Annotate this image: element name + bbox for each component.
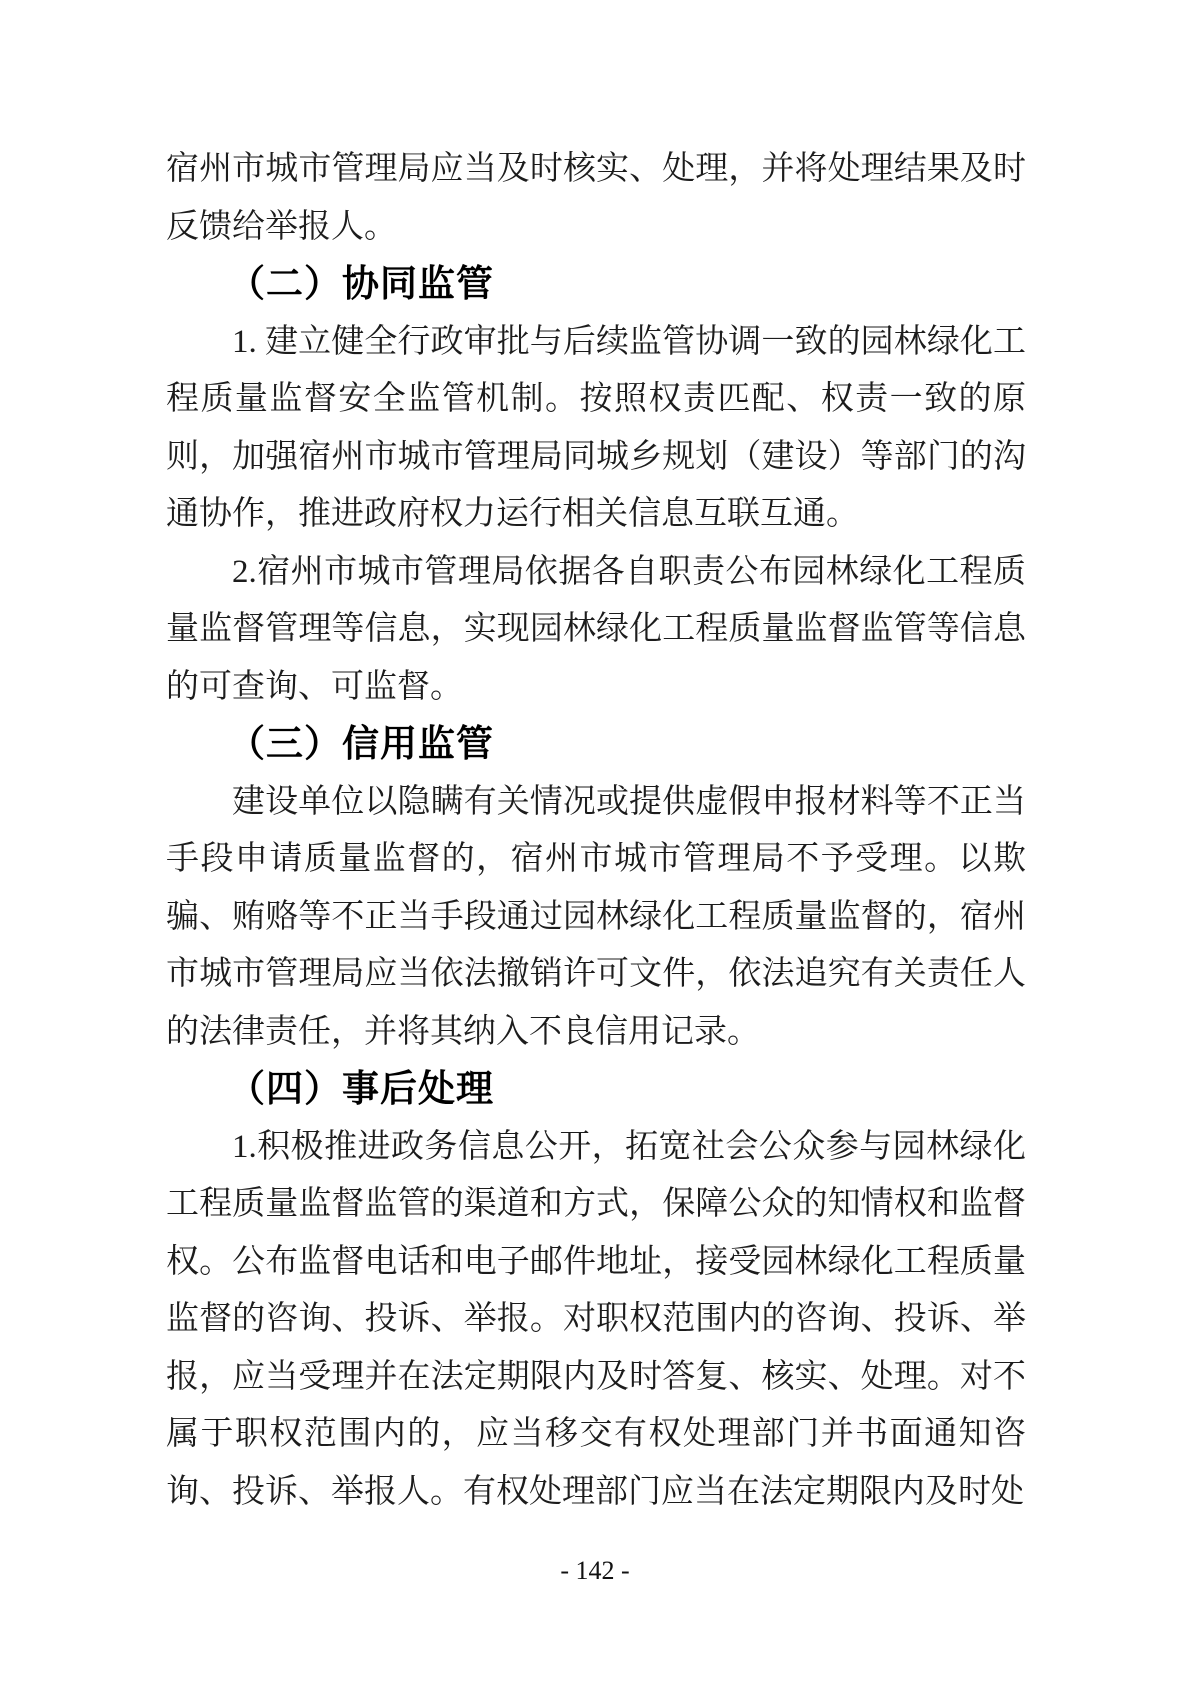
section-heading-credit-supervision: （三）信用监管: [166, 716, 1026, 774]
paragraph-post-handling-body: 1.积极推进政务信息公开，拓宽社会公众参与园林绿化工程质量监督监管的渠道和方式，…: [166, 1119, 1026, 1522]
section-heading-post-handling: （四）事后处理: [166, 1061, 1026, 1119]
page-number: - 142 -: [0, 1556, 1190, 1586]
paragraph-item-1: 1. 建立健全行政审批与后续监管协调一致的园林绿化工程质量监督安全监管机制。按照…: [166, 314, 1026, 544]
section-heading-collaborative-supervision: （二）协同监管: [166, 256, 1026, 314]
paragraph-continuation: 宿州市城市管理局应当及时核实、处理，并将处理结果及时反馈给举报人。: [166, 141, 1026, 256]
paragraph-credit-body: 建设单位以隐瞒有关情况或提供虚假申报材料等不正当手段申请质量监督的，宿州市城市管…: [166, 774, 1026, 1062]
paragraph-item-2: 2.宿州市城市管理局依据各自职责公布园林绿化工程质量监督管理等信息，实现园林绿化…: [166, 544, 1026, 717]
document-content: 宿州市城市管理局应当及时核实、处理，并将处理结果及时反馈给举报人。 （二）协同监…: [166, 141, 1026, 1521]
document-page: 宿州市城市管理局应当及时核实、处理，并将处理结果及时反馈给举报人。 （二）协同监…: [0, 0, 1190, 1683]
